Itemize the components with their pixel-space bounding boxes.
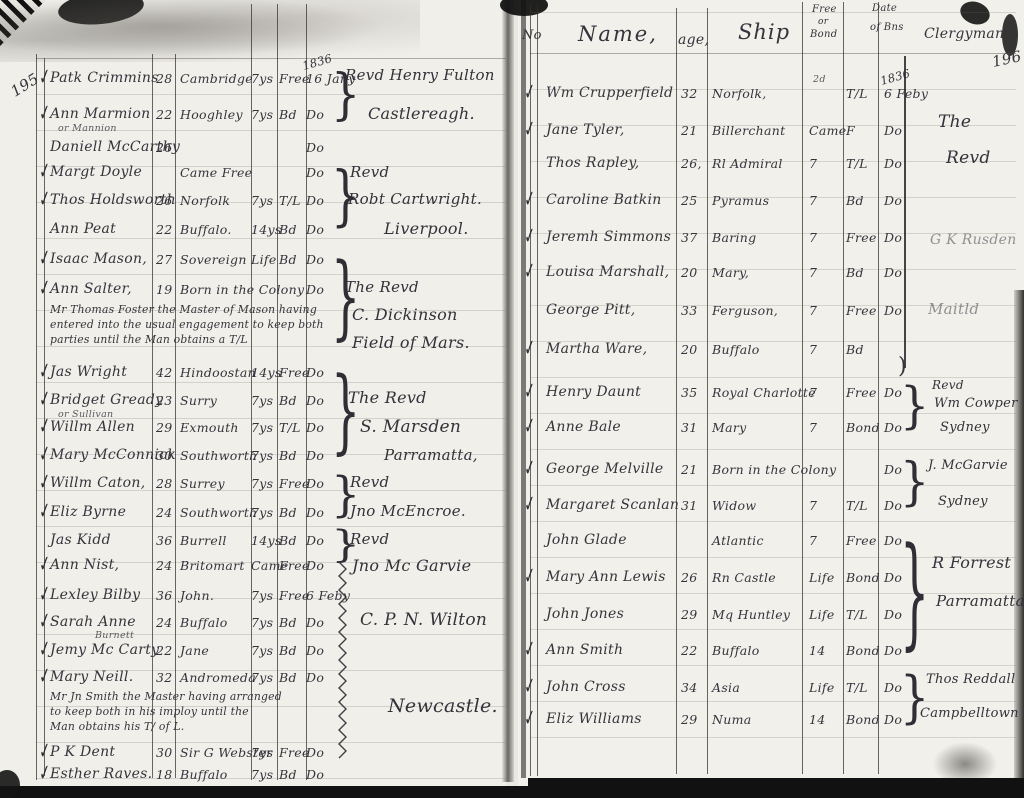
entry-age: 31 <box>681 498 698 513</box>
entry-sentence: 7 <box>809 265 817 280</box>
entry-ship: Widow <box>712 498 756 513</box>
entry-age: 42 <box>156 365 173 380</box>
entry-name: Ann Marmion <box>50 106 150 122</box>
ruled-line <box>36 238 506 239</box>
entry-sentence: 7 <box>809 156 817 171</box>
entry-name: Patk Crimmins <box>50 70 159 86</box>
entry-name-alias: Burnett <box>95 630 134 641</box>
entry-ship: Buffalo. <box>180 222 232 237</box>
clergy-annotation: Sydney <box>940 420 990 435</box>
entry-ship: Hooghley <box>180 107 243 122</box>
entry-ship: Norfolk, <box>712 86 767 101</box>
entry-sentence: 7 <box>809 420 817 435</box>
entry-ship: Asia <box>712 680 740 695</box>
entry-name: John Cross <box>546 679 626 695</box>
entry-ship: Andromeda <box>180 670 256 685</box>
entry-name: Mary Ann Lewis <box>546 569 666 585</box>
entry-date: Do <box>306 448 324 463</box>
column-rule <box>843 2 844 774</box>
entry-date: Do <box>306 505 324 520</box>
entry-age: 34 <box>681 680 698 695</box>
register-scan: 195 196 No Name, age, Ship Free or Bond … <box>0 0 1024 798</box>
entry-status: T/L <box>846 680 868 695</box>
entry-ship: Buffalo <box>180 767 228 782</box>
entry-date: Do <box>306 476 324 491</box>
ruled-line <box>530 629 1016 630</box>
entry-date: Do <box>884 265 902 280</box>
entry-sentence: 7ys <box>251 193 273 208</box>
entry-status: Bond <box>846 570 880 585</box>
entry-sentence: 14 <box>809 712 826 727</box>
entry-date: Do <box>306 745 324 760</box>
entry-age: 23 <box>156 393 173 408</box>
ruled-line <box>530 737 1016 738</box>
entry-name: Esther Raves. <box>50 766 152 782</box>
entry-sentence: Life <box>809 680 835 695</box>
entry-sentence: 7ys <box>251 588 273 603</box>
entry-age: 24 <box>156 505 173 520</box>
entry-status: Bd <box>279 505 297 520</box>
entry-sentence: 14 <box>809 643 826 658</box>
entry-sentence: 7 <box>809 303 817 318</box>
clergy-annotation: Jno McEncroe. <box>350 502 466 520</box>
entry-ship: Norfolk <box>180 193 230 208</box>
entry-age: 32 <box>681 86 698 101</box>
grouping-rule-hook: ) <box>898 354 907 379</box>
entry-status: Bd <box>279 670 297 685</box>
entry-date: Do <box>884 123 902 138</box>
entry-sentence: Came <box>809 123 846 138</box>
ruled-line <box>36 58 506 59</box>
clergy-annotation: Field of Mars. <box>352 333 470 352</box>
clergy-annotation: C. Dickinson <box>352 305 458 324</box>
entry-status: Bond <box>846 712 880 727</box>
entry-date: Do <box>306 615 324 630</box>
entry-age: 32 <box>156 670 173 685</box>
entry-age: 21 <box>681 123 698 138</box>
header-free-bond-2: or <box>818 17 828 27</box>
entry-ship: Mary <box>712 420 747 435</box>
header-free-bond-3: Bond <box>810 29 837 40</box>
entry-status: Free <box>846 385 877 400</box>
clergy-annotation: Newcastle. <box>388 695 498 717</box>
entry-status: Bd <box>846 342 864 357</box>
clergy-annotation: R Forrest <box>932 553 1011 572</box>
ruled-line <box>36 526 506 527</box>
entry-date: Do <box>306 643 324 658</box>
column-rule <box>175 54 176 778</box>
entry-date: Do <box>306 193 324 208</box>
entry-date: Do <box>884 193 902 208</box>
entry-age: 31 <box>681 420 698 435</box>
entry-status: T/L <box>279 193 301 208</box>
entry-ship: Burrell <box>180 533 227 548</box>
record-note-line: Man obtains his T/ of L. <box>50 720 184 733</box>
entry-age: 26 <box>156 140 173 155</box>
entry-status: Bd <box>846 265 864 280</box>
entry-ship: Cambridge <box>180 71 253 86</box>
grouping-brace: } <box>900 666 929 728</box>
entry-sentence: 14ys <box>251 222 282 237</box>
entry-age: 28 <box>156 71 173 86</box>
record-note-line: parties until the Man obtains a T/L <box>50 333 248 346</box>
ruled-line <box>36 382 506 383</box>
entry-status: T/L <box>846 156 868 171</box>
clergy-annotation: Revd <box>946 148 991 168</box>
entry-sentence: 7ys <box>251 107 273 122</box>
entry-status: Bd <box>279 222 297 237</box>
entry-name: Willm Allen <box>50 419 135 435</box>
entry-name: Louisa Marshall, <box>546 264 669 280</box>
column-rule <box>152 54 153 778</box>
entry-age: 27 <box>156 252 173 267</box>
entry-ship: Rl Admiral <box>712 156 783 171</box>
entry-sentence: 7ys <box>251 476 273 491</box>
entry-age: 30 <box>156 745 173 760</box>
entry-status: Bd <box>279 252 297 267</box>
entry-age: 29 <box>156 420 173 435</box>
entry-age: 26, <box>681 156 702 171</box>
entry-name: Ann Salter, <box>50 281 132 297</box>
entry-ship: Southworth <box>180 505 258 520</box>
entry-sentence: Life <box>251 252 277 267</box>
clergy-annotation: Jno Mc Garvie <box>352 556 471 575</box>
entry-name: Ann Nist, <box>50 557 119 573</box>
ruled-line <box>530 12 1016 13</box>
header-date-2: of Bns <box>870 22 904 33</box>
entry-name: Jas Wright <box>50 364 127 380</box>
entry-name: Jas Kidd <box>50 532 111 548</box>
entry-ship: Billerchant <box>712 123 785 138</box>
entry-ship: Surrey <box>180 476 225 491</box>
entry-sentence: 14ys <box>251 533 282 548</box>
entry-ship: Royal Charlotte <box>712 385 816 400</box>
entry-age: 22 <box>156 643 173 658</box>
entry-name: Ann Smith <box>546 642 623 658</box>
entry-date: Do <box>306 533 324 548</box>
entry-sentence-note: 2d <box>813 74 826 85</box>
clergy-annotation: Parramatta, <box>384 446 478 464</box>
clergy-annotation: G K Rusden <box>930 232 1017 248</box>
entry-status: F <box>846 123 855 138</box>
entry-ship: Hindoostan <box>180 365 256 380</box>
entry-date: Do <box>306 393 324 408</box>
entry-name: Thos Rapley, <box>546 155 639 171</box>
entry-name: Martha Ware, <box>546 341 647 357</box>
ruled-line <box>530 485 1016 486</box>
entry-age: 29 <box>681 607 698 622</box>
entry-name: Jane Tyler, <box>546 122 625 138</box>
entry-sentence: 7 <box>809 230 817 245</box>
entry-status: Bd <box>279 107 297 122</box>
clergy-annotation: Campbelltown <box>920 706 1019 721</box>
scan-edge-bottom-right <box>528 778 1024 798</box>
header-ship: Ship <box>738 20 790 44</box>
entry-sentence: 7ys <box>251 670 273 685</box>
entry-sentence: 7 <box>809 342 817 357</box>
clergy-annotation: S. Marsden <box>360 417 461 437</box>
entry-name: Margt Doyle <box>50 164 142 180</box>
entry-name: Jeremh Simmons <box>546 229 671 245</box>
entry-status: Bond <box>846 643 880 658</box>
entry-name: John Glade <box>546 532 627 548</box>
entry-sentence: 7 <box>809 193 817 208</box>
entry-date: Do <box>306 558 324 573</box>
entry-age: 18 <box>156 767 173 782</box>
header-age: age, <box>678 32 709 48</box>
entry-age: 24 <box>156 615 173 630</box>
entry-name: Lexley Bilby <box>50 587 140 603</box>
entry-sentence: 7 <box>809 385 817 400</box>
clergy-annotation: Revd <box>932 378 964 392</box>
entry-date: Do <box>306 420 324 435</box>
clergy-annotation: Maitld <box>928 300 979 318</box>
entry-age: 28 <box>156 476 173 491</box>
entry-date: Do <box>306 140 324 155</box>
grouping-brace: } <box>331 64 360 124</box>
entry-name: Wm Crupperfield <box>546 85 673 101</box>
entry-ship: Jane <box>180 643 209 658</box>
entry-status: T/L <box>846 607 868 622</box>
entry-ship: Mq Huntley <box>712 607 790 622</box>
header-name: Name, <box>578 22 658 46</box>
entry-name: Anne Bale <box>546 419 621 435</box>
entry-date: Do <box>306 670 324 685</box>
entry-age: 33 <box>681 303 698 318</box>
grouping-brace: } <box>331 468 360 520</box>
entry-sentence: 7ys <box>251 745 273 760</box>
entry-date: Do <box>306 282 324 297</box>
entry-age: 26 <box>156 193 173 208</box>
entry-status: T/L <box>279 420 301 435</box>
column-rule <box>878 2 879 774</box>
entry-ship: Born in the Colony <box>712 462 836 477</box>
entry-ship: Born in the Colony <box>180 282 304 297</box>
entry-age: 22 <box>156 222 173 237</box>
grouping-brace: } <box>331 160 360 231</box>
entry-name: P K Dent <box>50 744 115 760</box>
entry-name: Eliz Byrne <box>50 504 126 520</box>
entry-name: Ann Peat <box>50 221 116 237</box>
grouping-rule <box>904 56 906 368</box>
entry-age: 26 <box>681 570 698 585</box>
entry-age: 37 <box>681 230 698 245</box>
entry-age: 21 <box>681 462 698 477</box>
entry-status: Bd <box>279 448 297 463</box>
entry-sentence: 7 <box>809 533 817 548</box>
ruled-line <box>36 274 506 275</box>
clergy-annotation: Revd Henry Fulton <box>345 66 495 84</box>
entry-age: 22 <box>156 107 173 122</box>
entry-age: 35 <box>681 385 698 400</box>
entry-age: 19 <box>156 282 173 297</box>
entry-age: 20 <box>681 342 698 357</box>
page-gutter-shadow <box>502 0 514 782</box>
entry-name: Jemy Mc Carty <box>50 642 159 658</box>
entry-sentence: 7ys <box>251 767 273 782</box>
entry-status: T/L <box>846 498 868 513</box>
entry-date: Do <box>884 230 902 245</box>
entry-age: 24 <box>156 558 173 573</box>
column-rule <box>277 4 278 780</box>
clergy-annotation: Thos Reddall <box>926 672 1015 687</box>
entry-status: Bd <box>846 193 864 208</box>
entry-date: Do <box>306 165 324 180</box>
grouping-brace: } <box>900 378 929 432</box>
record-note-line: Mr Jn Smith the Master having arranged <box>50 690 282 703</box>
entry-age: 22 <box>681 643 698 658</box>
entry-name: Henry Daunt <box>546 384 641 400</box>
grouping-brace: } <box>331 524 360 565</box>
entry-sentence: 7ys <box>251 420 273 435</box>
clergy-annotation: C. P. N. Wilton <box>360 610 487 630</box>
entry-ship: Southworth <box>180 448 258 463</box>
ruled-line <box>530 701 1016 702</box>
entry-name: Isaac Mason, <box>50 251 147 267</box>
entry-name: Sarah Anne <box>50 614 136 630</box>
entry-date: Do <box>306 107 324 122</box>
entry-sentence: 7ys <box>251 505 273 520</box>
entry-date: Do <box>306 767 324 782</box>
entry-name: John Jones <box>546 606 624 622</box>
entry-status: Bd <box>279 533 297 548</box>
entry-ship: Buffalo <box>712 342 760 357</box>
clergy-annotation: J. McGarvie <box>928 458 1008 473</box>
clergy-annotation: Parramatta <box>936 592 1024 610</box>
entry-status: Free <box>846 533 877 548</box>
entry-name-alias: or Mannion <box>58 123 117 134</box>
entry-name: Margaret Scanlan <box>546 497 679 513</box>
grouping-brace: } <box>900 453 929 509</box>
ruled-line <box>36 742 506 743</box>
entry-name: Bridget Gready <box>50 392 163 408</box>
entry-status: Bd <box>279 767 297 782</box>
entry-ship: Buffalo <box>712 643 760 658</box>
header-clergyman: Clergyman. <box>924 26 1009 42</box>
entry-ship: Sovereign <box>180 252 247 267</box>
ruled-line <box>530 665 1016 666</box>
entry-ship: Pyramus <box>712 193 769 208</box>
ruled-line <box>530 521 1016 522</box>
clergy-annotation: Wm Cowper <box>934 396 1018 411</box>
entry-status: Free <box>846 303 877 318</box>
entry-age: 29 <box>681 712 698 727</box>
entry-ship: Exmouth <box>180 420 239 435</box>
entry-sentence: 7ys <box>251 615 273 630</box>
entry-date: Do <box>884 156 902 171</box>
entry-name: Mary Neill. <box>50 669 133 685</box>
entry-sentence: 7ys <box>251 71 273 86</box>
record-note-line: entered into the usual engagement to kee… <box>50 318 324 331</box>
ruled-line <box>36 94 506 95</box>
ruled-line <box>530 53 1016 54</box>
record-note-line: to keep both in his imploy until the <box>50 705 249 718</box>
entry-ship: Numa <box>712 712 752 727</box>
entry-ship: John. <box>180 588 214 603</box>
entry-status: Bd <box>279 643 297 658</box>
entry-ship: Ferguson, <box>712 303 778 318</box>
ruled-line <box>530 449 1016 450</box>
entry-age: 30 <box>156 448 173 463</box>
scan-stain-bottom-right <box>930 740 1000 780</box>
entry-name: Willm Caton, <box>50 475 145 491</box>
grouping-brace: } <box>900 526 929 657</box>
entry-name: Eliz Williams <box>546 711 642 727</box>
grouping-brace: } <box>331 360 360 460</box>
clergy-annotation: Robt Cartwright. <box>348 190 482 208</box>
entry-ship: Buffalo <box>180 615 228 630</box>
entry-status: Free <box>846 230 877 245</box>
entry-status: T/L <box>846 86 868 101</box>
clergy-annotation: Castlereagh. <box>368 104 475 123</box>
entry-ship: Surry <box>180 393 217 408</box>
entry-sentence: Life <box>809 607 835 622</box>
grouping-brace: } <box>331 246 360 346</box>
entry-ship: Rn Castle <box>712 570 776 585</box>
entry-age: 36 <box>156 533 173 548</box>
entry-status: Bond <box>846 420 880 435</box>
grouping-squiggle <box>337 562 349 760</box>
entry-age: 25 <box>681 193 698 208</box>
entry-name: George Pitt, <box>546 302 636 318</box>
clergy-annotation: Sydney <box>938 494 988 509</box>
clergy-annotation: The <box>938 112 971 132</box>
entry-age: 36 <box>156 588 173 603</box>
entry-date: Do <box>884 303 902 318</box>
entry-date: Do <box>306 222 324 237</box>
entry-sentence: 7ys <box>251 643 273 658</box>
entry-date: Do <box>306 365 324 380</box>
entry-ship: Baring <box>712 230 756 245</box>
column-rule <box>707 8 708 774</box>
entry-ship: Came Free <box>180 165 252 180</box>
entry-date: 6 Feby <box>884 86 928 101</box>
entry-status: Bd <box>279 393 297 408</box>
entry-ship: Britomart <box>180 558 245 573</box>
ruled-line <box>530 413 1016 414</box>
entry-status: Bd <box>279 615 297 630</box>
entry-name: Caroline Batkin <box>546 192 662 208</box>
clergy-annotation: Liverpool. <box>384 219 469 238</box>
entry-date: Do <box>306 252 324 267</box>
entry-sentence: 7ys <box>251 448 273 463</box>
header-free-bond-1: Free <box>812 4 837 15</box>
entry-age: 20 <box>681 265 698 280</box>
entry-name: George Melville <box>546 461 664 477</box>
entry-sentence: 7ys <box>251 393 273 408</box>
entry-sentence: 7 <box>809 498 817 513</box>
entry-sentence: 14ys <box>251 365 282 380</box>
entry-ship: Atlantic <box>712 533 764 548</box>
record-note-line: Mr Thomas Foster the Master of Mason hav… <box>50 303 317 316</box>
entry-sentence: Life <box>809 570 835 585</box>
column-rule <box>676 8 677 774</box>
scan-edge-bottom-left <box>0 786 540 798</box>
header-no: No <box>522 28 542 43</box>
entry-ship: Mary, <box>712 265 749 280</box>
